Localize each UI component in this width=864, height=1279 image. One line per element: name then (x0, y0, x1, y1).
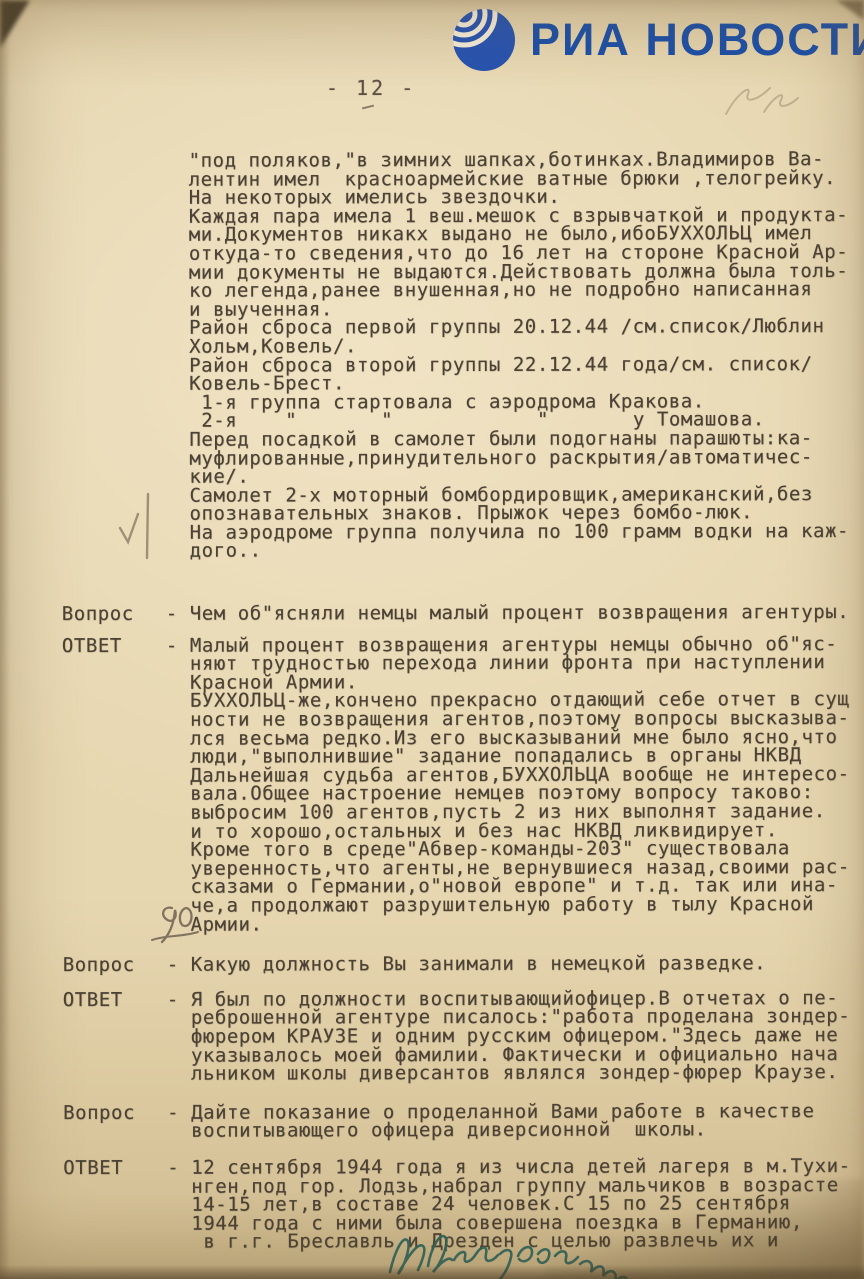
qa-label: ОТВЕТ (63, 1159, 123, 1178)
qa-dash: - (167, 956, 179, 975)
page-number: - 12 - (326, 76, 416, 100)
qa-text: Малый процент возвращения агентуры немцы… (190, 635, 863, 934)
scan-shadow-top-right (836, 0, 864, 20)
brand-text: РИА НОВОСТИ (530, 8, 864, 72)
scanned-document-page: { "watermark": { "brand": "РИА НОВОСТИ",… (0, 0, 864, 1279)
handwritten-number (150, 900, 200, 946)
qa-text: Какую должность Вы занимали в немецкой р… (191, 954, 863, 974)
pencil-tick (362, 105, 374, 110)
typed-document: "под поляков,"в зимних шапках,ботинках.В… (61, 150, 864, 1252)
answer-block-2: ОТВЕТ - Я был по должности воспитывающий… (63, 989, 863, 1084)
scan-shadow-bottom-right (544, 1179, 864, 1279)
question-block-2: Вопрос - Какую должность Вы занимали в н… (63, 954, 863, 975)
qa-text: Я был по должности воспитывающийофицер.В… (191, 989, 863, 1084)
qa-text: Чем об"ясняли немцы малый процент возвра… (190, 603, 862, 623)
qa-dash: - (166, 636, 178, 655)
qa-dash: - (167, 1103, 179, 1122)
intro-paragraph: "под поляков,"в зимних шапках,ботинках.В… (61, 150, 862, 561)
scan-shadow-bottom (0, 1265, 864, 1279)
qa-dash: - (167, 1159, 179, 1178)
qa-dash: - (167, 990, 179, 1009)
qa-label: Вопрос (62, 605, 134, 624)
answer-block-1: ОТВЕТ - Малый процент возвращения агенту… (62, 635, 863, 935)
qa-label: ОТВЕТ (63, 991, 123, 1010)
qa-dash: - (166, 605, 178, 624)
qa-label: ОТВЕТ (62, 637, 122, 656)
pencil-scribble (718, 80, 802, 124)
globe-icon (452, 8, 516, 72)
question-block-1: Вопрос - Чем об"ясняли немцы малый проце… (62, 603, 862, 624)
scan-shadow-left (0, 0, 10, 1279)
qa-label: Вопрос (63, 956, 135, 975)
question-block-3: Вопрос - Дайте показание о проделанной В… (63, 1102, 863, 1141)
intro-text: "под поляков,"в зимних шапках,ботинках.В… (189, 150, 862, 561)
qa-label: Вопрос (63, 1104, 135, 1123)
qa-text: Дайте показание о проделанной Вами работ… (191, 1102, 863, 1141)
ria-novosti-watermark: РИА НОВОСТИ (452, 8, 864, 72)
